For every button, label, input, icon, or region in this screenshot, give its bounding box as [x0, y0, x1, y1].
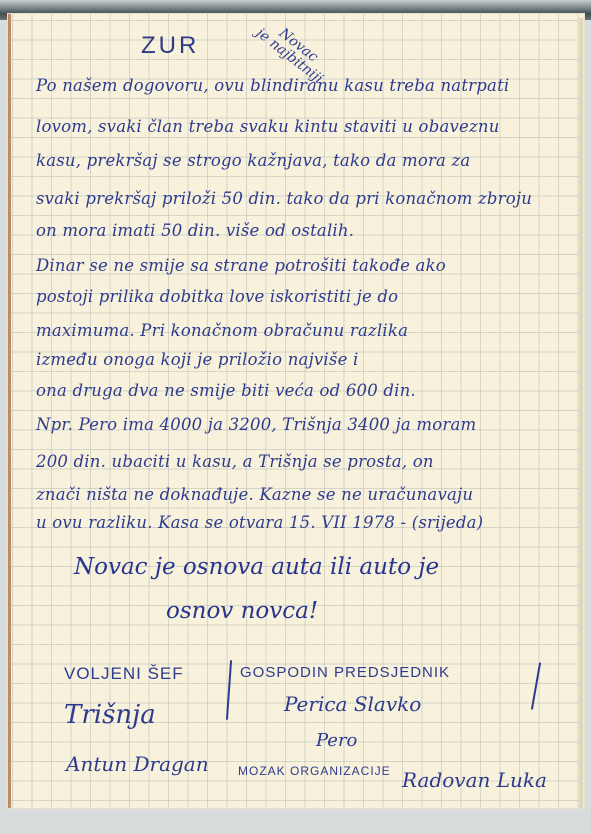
body-line: Dinar se ne smije sa strane potrošiti ta…: [36, 256, 446, 275]
body-line: on mora imati 50 din. više od ostalih.: [36, 221, 354, 240]
signature-right: Perica Slavko: [284, 692, 421, 716]
body-line: 200 din. ubaciti u kasu, a Trišnja se pr…: [36, 452, 434, 471]
signature-title-left: VOLJENI ŠEF: [64, 664, 184, 684]
signature-left-name: Antun Dragan: [66, 752, 209, 776]
signature-bottom: Pero: [316, 730, 357, 751]
document-title: ZUR: [141, 32, 199, 60]
body-line: lovom, svaki član treba svaku kintu stav…: [36, 117, 500, 136]
page-binding-edge: [8, 14, 11, 808]
body-line: ona druga dva ne smije biti veća od 600 …: [36, 381, 416, 400]
signature-bottom-name: Radovan Luka: [402, 768, 547, 792]
body-line: znači ništa ne doknađuje. Kazne se ne ur…: [36, 485, 473, 504]
signature-left: Trišnja: [64, 700, 156, 730]
motto-line: osnov novca!: [166, 598, 318, 624]
body-line: postoji prilika dobitka love iskoristiti…: [36, 287, 398, 306]
body-line: svaki prekršaj priloži 50 din. tako da p…: [36, 189, 532, 208]
body-line: maximuma. Pri konačnom obračunu razlika: [36, 321, 408, 340]
motto-line: Novac je osnova auta ili auto je: [74, 554, 439, 580]
page-stack-edge: [578, 18, 584, 808]
body-line: u ovu razliku. Kasa se otvara 15. VII 19…: [36, 513, 483, 532]
signature-title-bottom: MOZAK ORGANIZACIJE: [238, 764, 391, 778]
body-line: između onoga koji je priložio najviše i: [36, 350, 358, 369]
signature-title-right: GOSPODIN PREDSJEDNIK: [240, 664, 450, 681]
body-line: Po našem dogovoru, ovu blindiranu kasu t…: [36, 76, 509, 95]
body-line: kasu, prekršaj se strogo kažnjava, tako …: [36, 151, 470, 170]
body-line: Npr. Pero ima 4000 ja 3200, Trišnja 3400…: [36, 415, 476, 434]
